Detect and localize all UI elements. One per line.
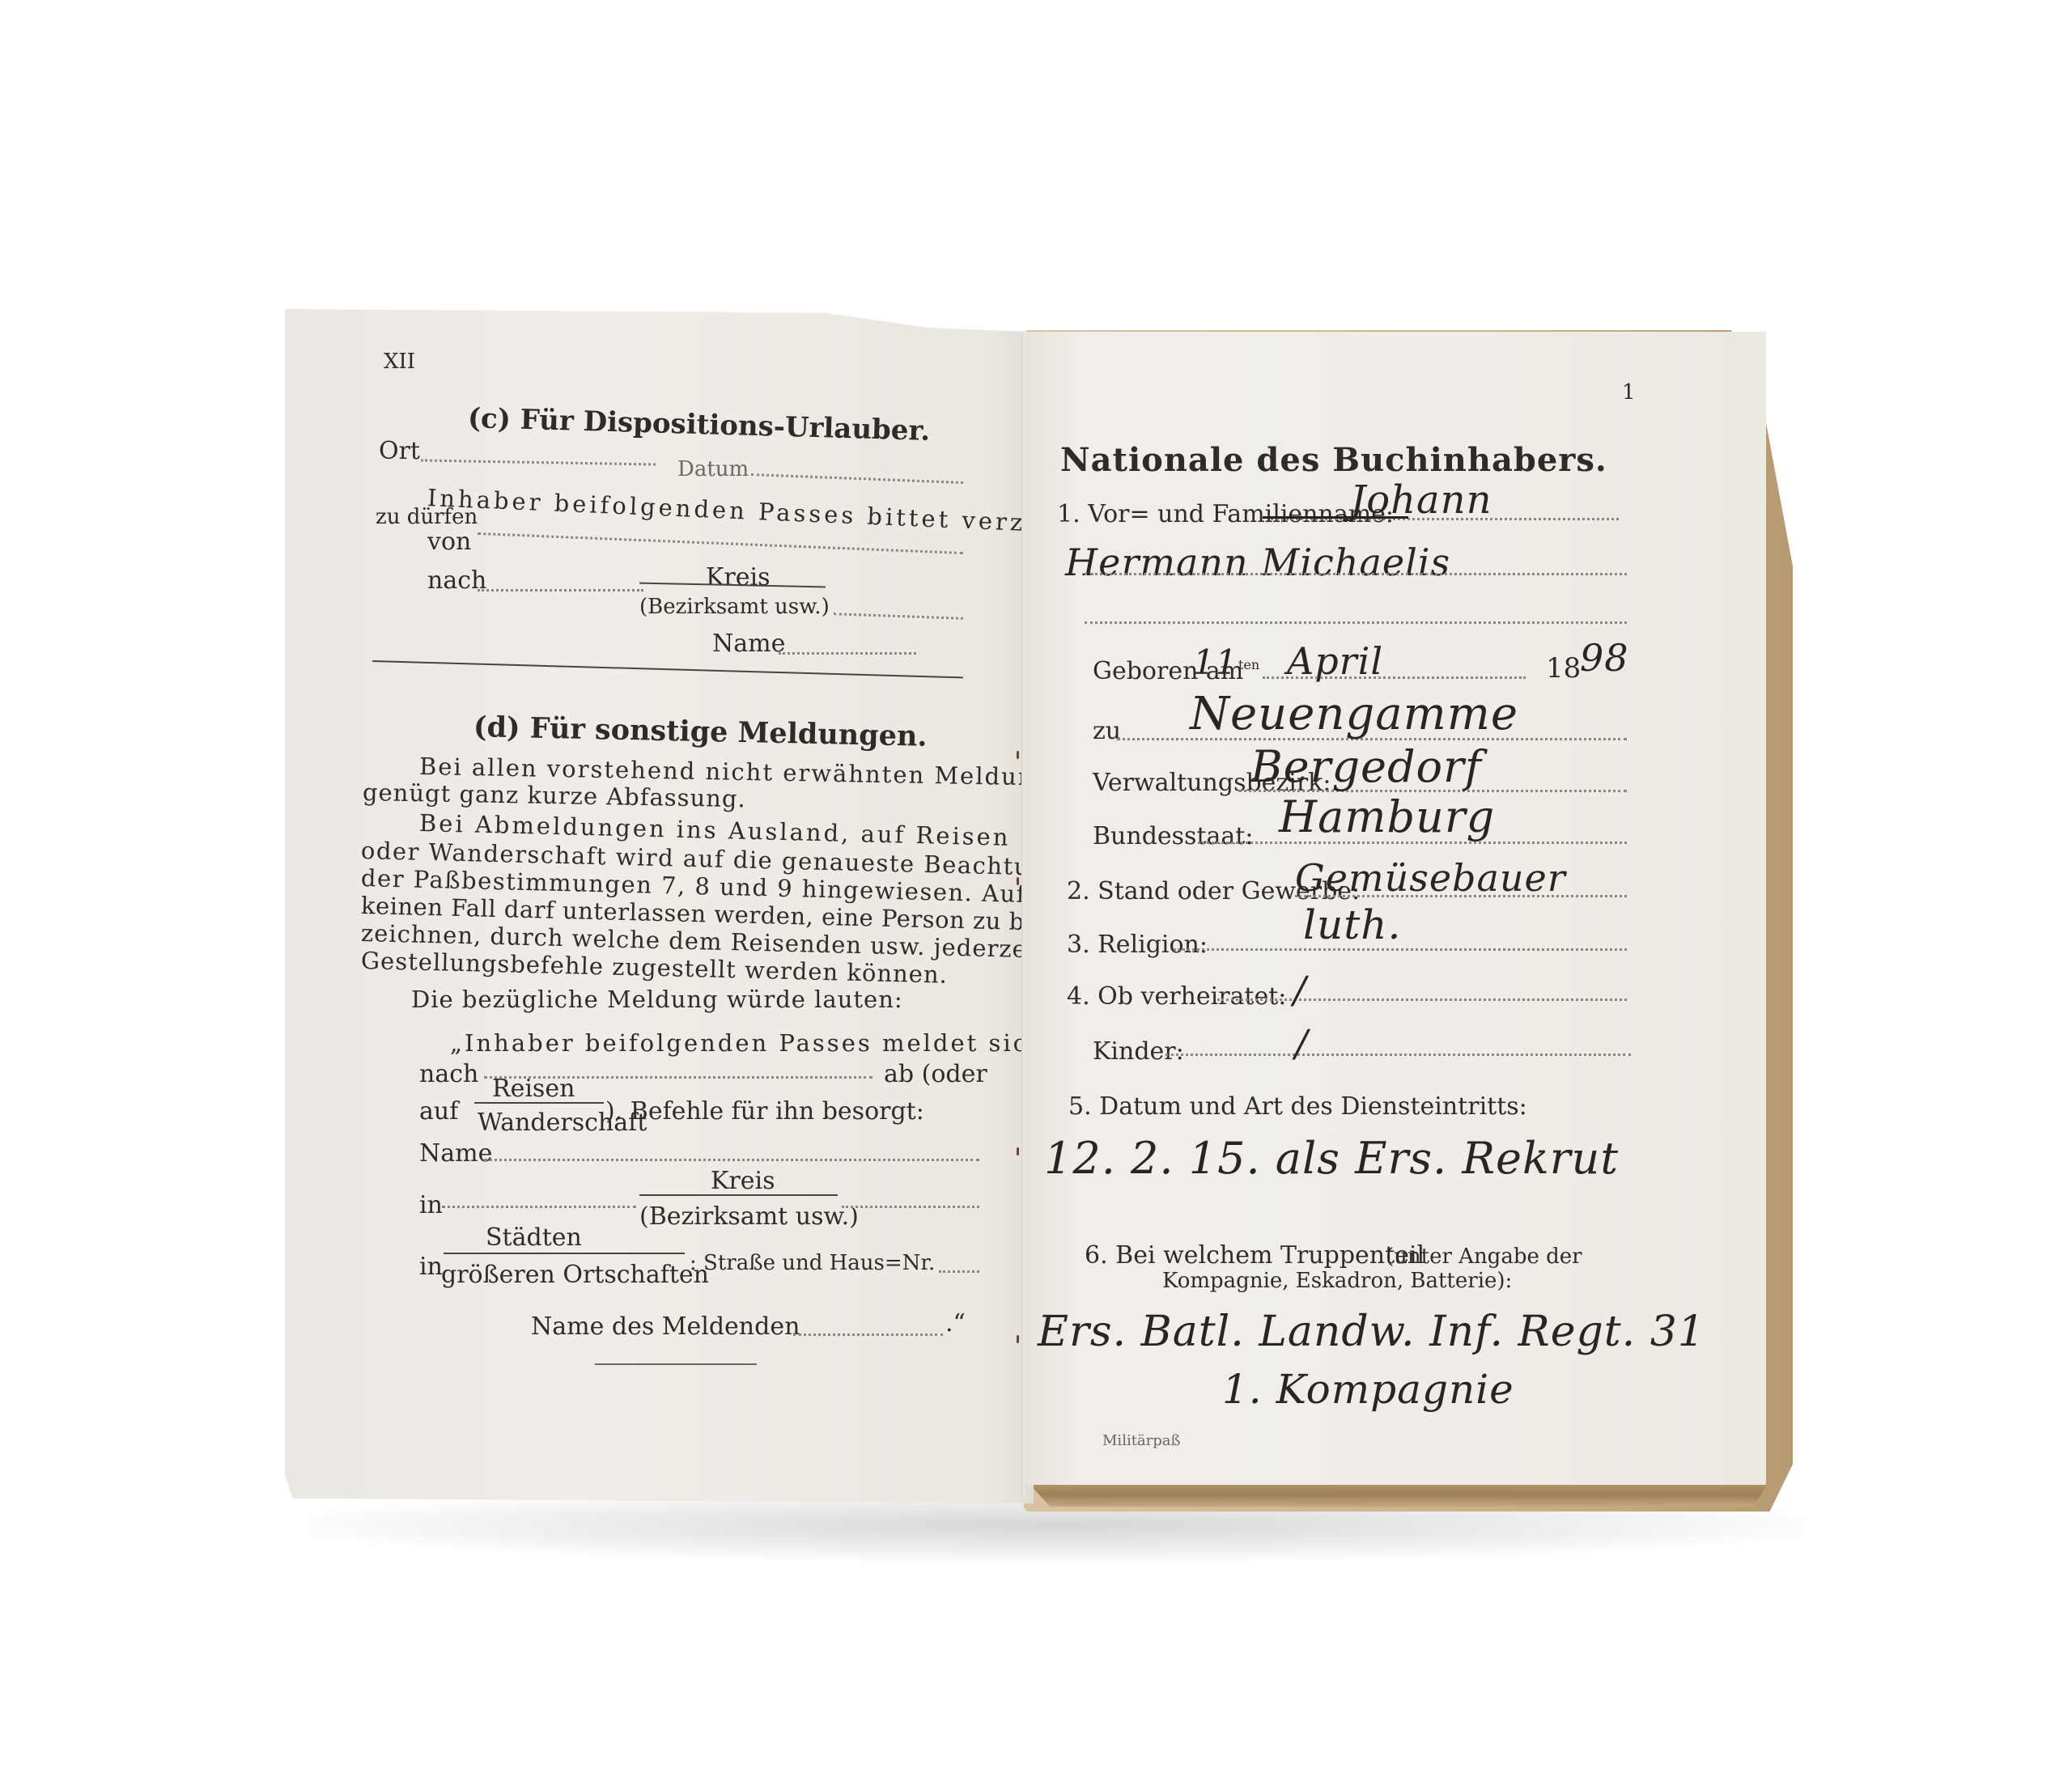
- request-line-2: zu dürfen: [376, 505, 478, 529]
- religion-line: [1174, 948, 1627, 951]
- bezirksamt-label: (Bezirksamt usw.): [639, 595, 830, 619]
- strasse-text: : Straße und Haus=Nr.: [690, 1251, 935, 1275]
- footer-mark: Militärpaß: [1102, 1432, 1181, 1449]
- zu-value: Neuengamme: [1190, 688, 1518, 740]
- verheiratet-label: 4. Ob verheiratet:: [1067, 982, 1286, 1011]
- bezirksamt-line-d: [842, 1206, 979, 1208]
- name-value-line2: Hermann Michaelis: [1065, 541, 1450, 584]
- end-rule: [595, 1363, 757, 1365]
- page-number-right: 1: [1622, 380, 1636, 405]
- truppenteil-value-line2: 1. Kompagnie: [1222, 1366, 1514, 1413]
- diensteintritt-value: 12. 2. 15. als Ers. Rekrut: [1044, 1133, 1619, 1184]
- nach-line: [478, 589, 643, 591]
- closing-quote: .“: [945, 1309, 966, 1338]
- staedten-fraction-line: [444, 1253, 685, 1254]
- page-number-left: XII: [384, 350, 415, 374]
- verheiratet-value: /: [1293, 968, 1307, 1011]
- geboren-year-prefix: 18: [1546, 652, 1581, 685]
- nach-label-d: nach: [419, 1060, 478, 1088]
- in-line: [442, 1206, 636, 1208]
- name-meldenden-label: Name des Meldenden: [531, 1312, 800, 1341]
- name-line-3: [1085, 621, 1627, 624]
- religion-label: 3. Religion:: [1067, 931, 1208, 959]
- name-meldenden-line: [793, 1333, 943, 1336]
- in2-label: in: [419, 1253, 443, 1281]
- geboren-line: [1263, 676, 1526, 679]
- kreis-label: Kreis: [706, 563, 771, 591]
- name-label-d: Name: [419, 1139, 492, 1168]
- meldung-intro: Die bezügliche Meldung würde lauten:: [411, 986, 903, 1013]
- bundesstaat-label: Bundesstaat:: [1093, 822, 1253, 850]
- stand-value: Gemüsebauer: [1295, 856, 1566, 900]
- book-bottom-edge: [1028, 1482, 1768, 1507]
- quote-line1: „Inhaber beifolgenden Passes meldet sich: [450, 1029, 1047, 1057]
- page-title: Nationale des Buchinhabers.: [1060, 441, 1607, 479]
- staple-middle: [1017, 877, 1019, 885]
- truppenteil-label: 6. Bei welchem Truppenteil: [1085, 1241, 1424, 1270]
- truppenteil-note-line2: Kompagnie, Eskadron, Batterie):: [1162, 1269, 1512, 1293]
- staple-lower: [1017, 1147, 1019, 1155]
- groesseren-ortschaften-text: größeren Ortschaften: [441, 1261, 709, 1289]
- geboren-year-suffix: 98: [1580, 636, 1629, 680]
- staple-top: [1017, 751, 1019, 759]
- ort-label: Ort: [379, 437, 420, 465]
- verheiratet-line: [1217, 998, 1627, 1001]
- verwaltungsbezirk-value: Bergedorf: [1250, 741, 1482, 792]
- strasse-line: [939, 1270, 979, 1273]
- geboren-day: 11: [1193, 642, 1238, 682]
- kinder-line: [1165, 1054, 1631, 1056]
- name-label-c: Name: [712, 630, 785, 658]
- name-line-d: [484, 1159, 979, 1161]
- geboren-ten: ten: [1238, 657, 1259, 672]
- kinder-label: Kinder:: [1093, 1037, 1184, 1066]
- truppenteil-note-line1: (unter Angabe der: [1386, 1244, 1582, 1269]
- name-line-2: [1085, 573, 1627, 575]
- kreis-fraction-line-d: [639, 1194, 838, 1196]
- diensteintritt-label: 5. Datum und Art des Diensteintritts:: [1068, 1092, 1527, 1121]
- in-label: in: [419, 1191, 443, 1219]
- spine-gutter: [1021, 332, 1025, 1497]
- bundesstaat-value: Hamburg: [1279, 791, 1495, 842]
- von-label: von: [427, 528, 471, 556]
- ab-oder-text: ab (oder: [884, 1060, 987, 1088]
- staple-bottom: [1017, 1335, 1019, 1343]
- reisen-fraction-line: [474, 1102, 604, 1104]
- name-value-line1: Johann: [1350, 477, 1492, 523]
- zu-label: zu: [1093, 717, 1121, 745]
- reisen-text: Reisen: [492, 1075, 575, 1103]
- name-label: 1. Vor= und Familienname:: [1057, 500, 1394, 528]
- religion-value: luth.: [1303, 901, 1401, 948]
- auf-label: auf: [419, 1097, 458, 1126]
- name-line-c: [779, 652, 916, 655]
- datum-label: Datum: [677, 457, 749, 481]
- truppenteil-value-line1: Ers. Batl. Landw. Inf. Regt. 31: [1038, 1308, 1705, 1356]
- bezirksamt-label-d: (Bezirksamt usw.): [639, 1202, 859, 1231]
- befehle-text: ). Befehle für ihn besorgt:: [605, 1097, 924, 1126]
- staedten-text: Städten: [486, 1223, 582, 1252]
- kreis-label-d: Kreis: [711, 1167, 775, 1195]
- kinder-value: /: [1295, 1021, 1309, 1065]
